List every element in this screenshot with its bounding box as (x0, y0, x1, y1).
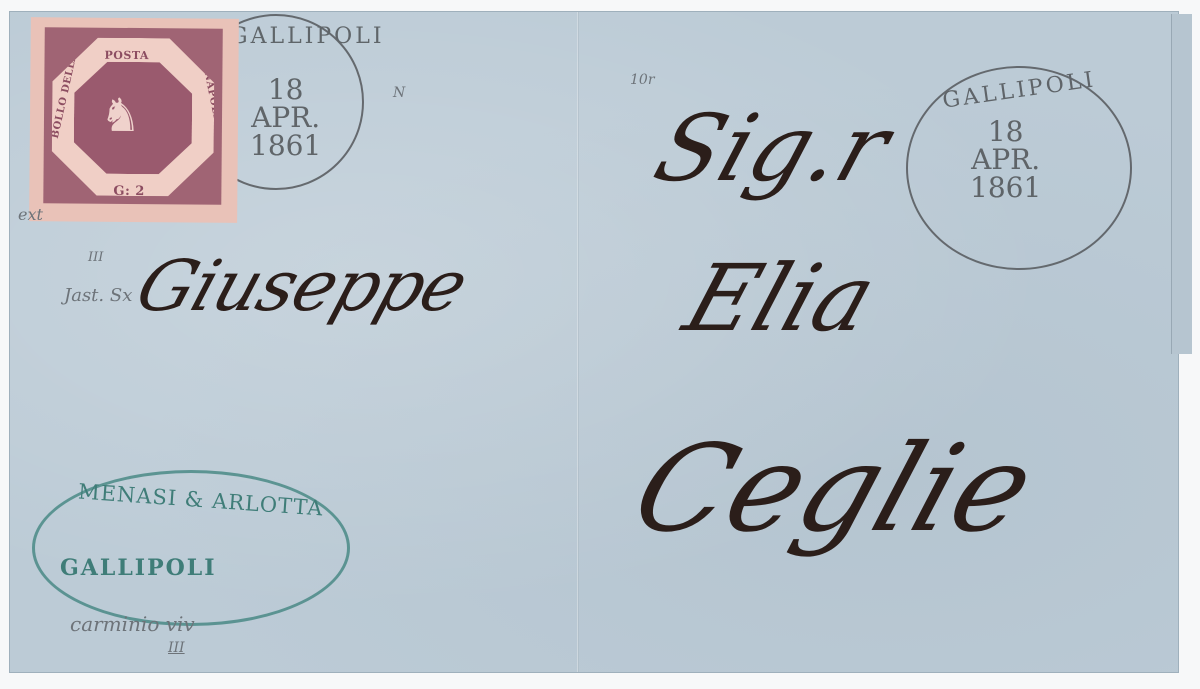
postage-stamp: ♞ POSTA BOLLO DELLA NAPOLETANA G: 2 (29, 17, 239, 223)
pencil-note: III (88, 250, 103, 265)
pencil-note: III (168, 640, 185, 656)
postmark-town: GALLIPOLI (230, 24, 385, 49)
pencil-note: ext (18, 205, 43, 224)
postmark-right: GALLIPOLI 18 APR. 1861 (906, 66, 1132, 270)
fold-line (577, 12, 579, 672)
postmark-date: 18 APR. 1861 (250, 76, 321, 160)
pencil-note: Jast. Sx (64, 285, 132, 306)
pencil-note: N (393, 85, 405, 101)
cachet-line2: GALLIPOLI (60, 555, 217, 581)
stamp-value: G: 2 (113, 184, 145, 199)
salutation: Sig.r (643, 95, 902, 202)
postmark-date: 18 APR. 1861 (970, 118, 1041, 202)
letter-flap (1171, 14, 1192, 354)
horse-emblem-icon: ♞ (100, 88, 142, 142)
recipient-name: Elia (673, 245, 889, 352)
pencil-note: 10r (630, 72, 655, 88)
sender-name: Giuseppe (127, 245, 477, 327)
pencil-note: carminio viv (70, 612, 195, 636)
destination: Ceglie (617, 420, 1050, 559)
